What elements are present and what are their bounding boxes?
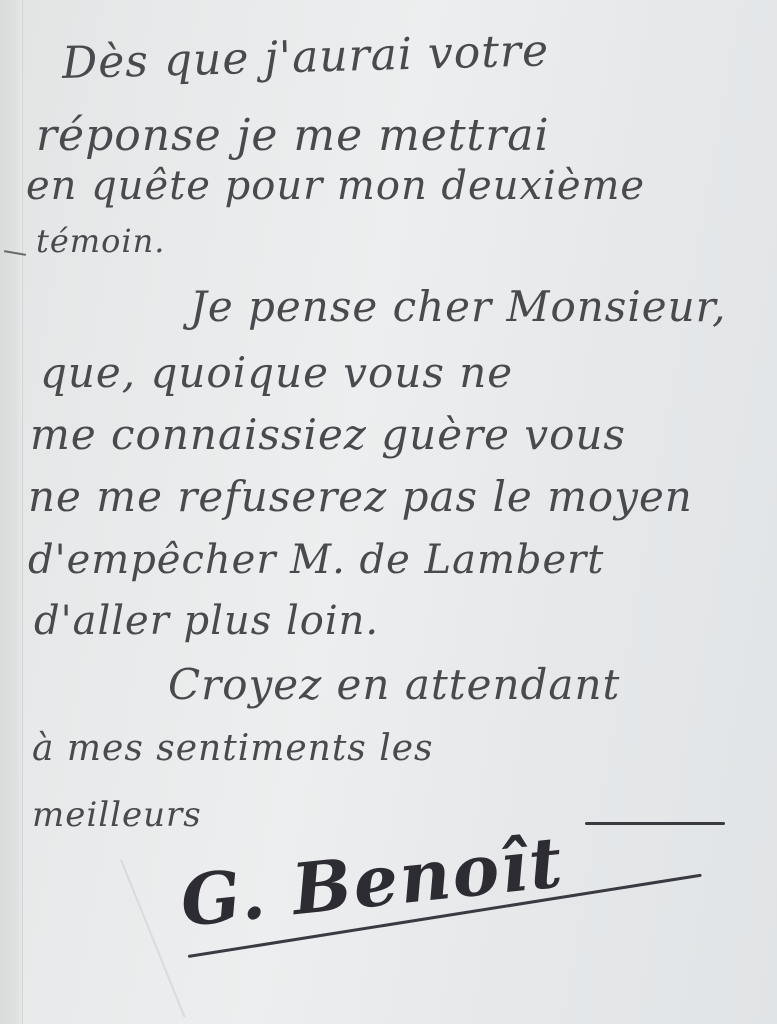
letter-line-4: témoin. [36,222,165,260]
letter-line-10: d'aller plus loin. [34,598,379,644]
letter-page: Dès que j'aurai votre réponse je me mett… [0,0,777,1024]
letter-line-12: à mes sentiments les [32,728,434,769]
letter-line-6: que, quoique vous ne [40,348,513,397]
paper-left-edge [0,0,23,1024]
letter-line-7: me connaissiez guère vous [30,410,626,459]
letter-line-1: Dès que j'aurai votre [61,25,549,89]
letter-line-13: meilleurs [32,795,202,835]
letter-line-2: réponse je me mettrai [36,110,550,161]
letter-line-8: ne me refuserez pas le moyen [28,472,693,521]
paper-fold [120,859,186,1017]
letter-line-9: d'empêcher M. de Lambert [28,537,604,583]
letter-line-11: Croyez en attendant [168,660,620,709]
signature: G. Benoît [177,820,568,943]
signature-dash [585,822,725,825]
letter-line-3: en quête pour mon deuxième [26,163,645,209]
letter-line-5: Je pense cher Monsieur, [190,282,727,331]
